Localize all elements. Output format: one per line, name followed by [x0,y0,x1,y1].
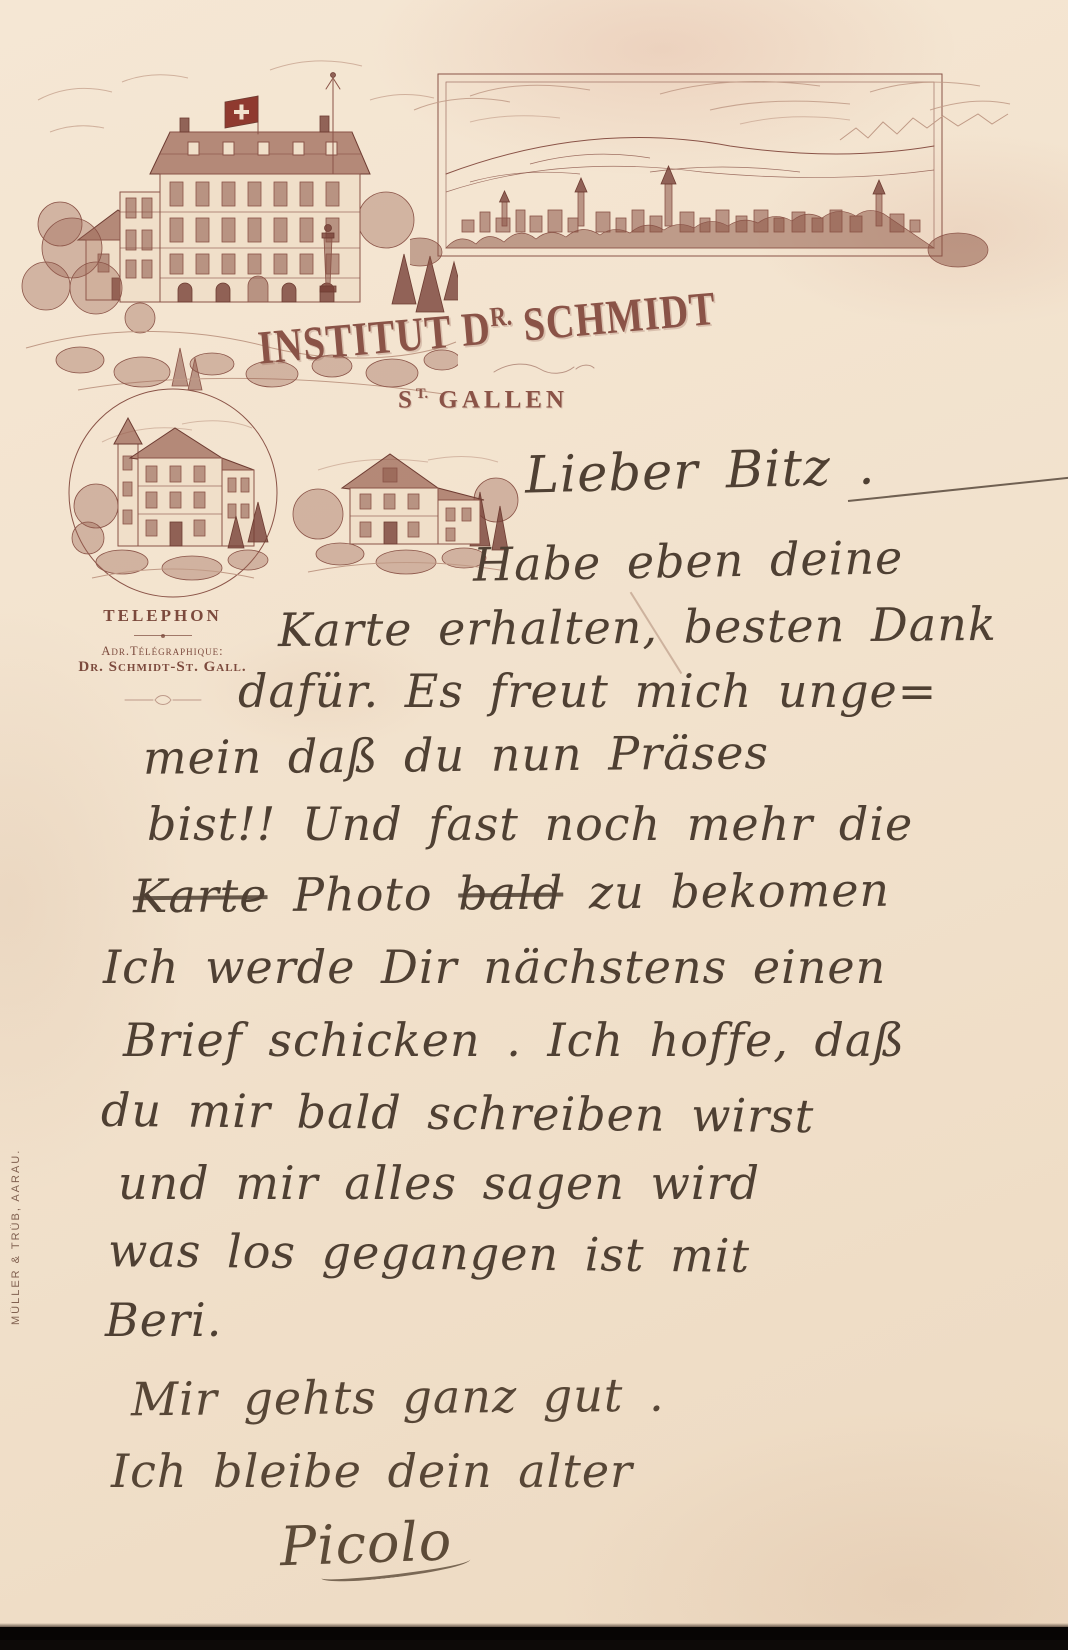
handwriting-salutation: Lieber Bitz . [524,437,876,505]
handwriting-line: Ich werde Dir nächstens einen [103,940,886,994]
handwriting-text: Habe eben deine [473,530,904,591]
institute-city: ST. GALLEN [398,386,568,414]
printer-credit: MÜLLER & TRÜB, AARAU. [10,1055,22,1325]
struck-word: Karte [133,868,268,923]
struck-word: bald [458,866,563,921]
handwriting-text: Mir gehts ganz gut . [131,1368,665,1427]
postcard-scan: INSTITUT DR. SCHMIDT ST. GALLEN TELEPHON… [0,0,1068,1650]
scan-edge [0,1627,1068,1640]
handwriting-text: und mir alles sagen wird [118,1156,760,1210]
handwriting-lines: Lieber Bitz .Habe eben deineKarte erhalt… [85,440,1060,1640]
handwriting-line: und mir alles sagen wird [118,1156,760,1210]
handwriting-text: Ich bleibe dein alter [111,1444,633,1498]
swiss-flag-icon [225,96,258,134]
handwriting-text: Picolo [279,1509,453,1578]
handwriting-line: Karte Photo bald zu bekomen [133,863,890,924]
handwriting-line: Habe eben deine [473,530,904,591]
handwriting-text: mein daß du nun Präses [143,725,769,784]
handwriting-text: bist!! Und fast noch mehr die [147,797,913,851]
handwriting-text: Brief schicken . Ich hoffe, daß [123,1013,905,1067]
handwriting-text: Photo [267,866,458,922]
handwriting-line: mein daß du nun Präses [143,725,769,784]
city-panorama-illustration [410,52,1016,287]
handwriting-line: Brief schicken . Ich hoffe, daß [123,1013,905,1067]
title-flourish-ornament [492,358,596,378]
handwriting-text: Lieber Bitz . [524,437,876,505]
handwriting-text: was los gegangen ist mit [108,1223,750,1283]
handwriting-text: Ich werde Dir nächstens einen [103,940,886,994]
handwriting-line: bist!! Und fast noch mehr die [147,797,913,851]
handwriting-text: Beri. [105,1293,222,1347]
handwriting-line: du mir bald schreiben wirst [101,1083,815,1143]
handwriting-text: du mir bald schreiben wirst [101,1083,815,1143]
handwriting-line: dafür. Es freut mich unge= [238,664,937,718]
handwriting-line: Beri. [105,1293,222,1347]
handwriting-text: zu bekomen [563,863,890,920]
handwriting-line: Ich bleibe dein alter [111,1444,633,1498]
handwriting-signature: Picolo [279,1509,471,1582]
handwriting-line: Mir gehts ganz gut . [131,1368,665,1427]
handwriting-line: was los gegangen ist mit [108,1223,750,1283]
handwriting-text: dafür. Es freut mich unge= [238,664,937,718]
postcard: INSTITUT DR. SCHMIDT ST. GALLEN TELEPHON… [0,0,1068,1640]
